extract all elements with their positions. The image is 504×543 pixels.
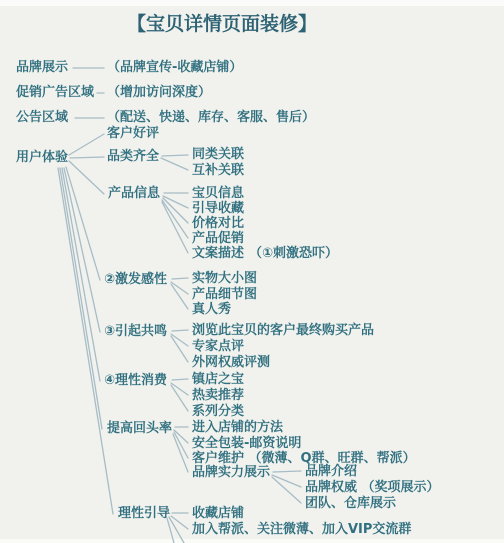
top-edge bbox=[0, 0, 504, 6]
node-same-category: 同类关联 bbox=[192, 148, 244, 162]
node-price-compare: 价格对比 bbox=[192, 217, 244, 231]
node-store-treasure: 镇店之宝 bbox=[192, 373, 244, 387]
branch-customer-praise: 客户好评 bbox=[107, 127, 159, 141]
branch-arouse-emotion: ②激发感性 bbox=[104, 273, 167, 287]
node-complementary: 互补关联 bbox=[192, 164, 244, 178]
bottom-edge bbox=[0, 539, 504, 543]
node-copywriting: 文案描述 bbox=[192, 247, 244, 261]
root-node: 用户体验 bbox=[16, 151, 68, 165]
node-join-groups: 加入帮派、关注微薄、加入VIP交流群 bbox=[192, 523, 411, 537]
branch-rational-consume: ④理性消费 bbox=[104, 374, 167, 388]
node-brand-intro: 品牌介绍 bbox=[305, 465, 357, 479]
node-favorite-store: 收藏店铺 bbox=[192, 507, 244, 521]
node-item-info: 宝贝信息 bbox=[192, 187, 244, 201]
branch-rational-guide: 理性引导 bbox=[118, 507, 170, 521]
node-external-review: 外网权威评测 bbox=[192, 356, 270, 370]
node-brand-authority: 品牌权威 （奖项展示） bbox=[305, 481, 440, 495]
branch-product-info: 产品信息 bbox=[108, 187, 160, 201]
node-product-promo: 产品促销 bbox=[192, 232, 244, 246]
row-promo-area-label: 促销广告区域 bbox=[16, 86, 94, 100]
row-notice-area-label: 公告区域 bbox=[16, 111, 68, 125]
row-brand-display-label: 品牌展示 bbox=[16, 61, 68, 75]
note-stimulate-fear: （①刺激恐吓） bbox=[249, 247, 338, 261]
branch-return-rate: 提高回头率 bbox=[107, 422, 172, 436]
node-hot-recommend: 热卖推荐 bbox=[192, 389, 244, 403]
branch-category-complete: 品类齐全 bbox=[107, 150, 159, 164]
row-notice-area-value: （配送、快递、库存、客服、售后） bbox=[107, 111, 315, 125]
node-team-warehouse: 团队、仓库展示 bbox=[305, 497, 396, 511]
branch-resonance: ③引起共鸣 bbox=[104, 325, 167, 339]
page-title: 【宝贝详情页面装修】 bbox=[127, 12, 317, 36]
node-safe-packaging: 安全包装-邮资说明 bbox=[192, 437, 301, 451]
node-series-category: 系列分类 bbox=[192, 405, 244, 419]
node-guide-favorite: 引导收藏 bbox=[192, 202, 244, 216]
node-live-model-show: 真人秀 bbox=[192, 303, 231, 317]
node-expert-review: 专家点评 bbox=[192, 340, 244, 354]
node-real-size-photo: 实物大小图 bbox=[192, 272, 257, 286]
mindmap-canvas: 【宝贝详情页面装修】 品牌展示 （品牌宣传-收藏店铺） 促销广告区域 （增加访问… bbox=[0, 0, 504, 543]
row-brand-display-value: （品牌宣传-收藏店铺） bbox=[107, 61, 242, 75]
node-detail-photo: 产品细节图 bbox=[192, 288, 257, 302]
node-enter-store-way: 进入店铺的方法 bbox=[192, 421, 283, 435]
node-brand-strength: 品牌实力展示 bbox=[192, 466, 270, 480]
node-customer-maintain: 客户维护 （微薄、Q群、旺群、帮派） bbox=[192, 452, 416, 466]
row-promo-area-value: （增加访问深度） bbox=[107, 86, 211, 100]
node-customers-bought: 浏览此宝贝的客户最终购买产品 bbox=[192, 324, 374, 338]
